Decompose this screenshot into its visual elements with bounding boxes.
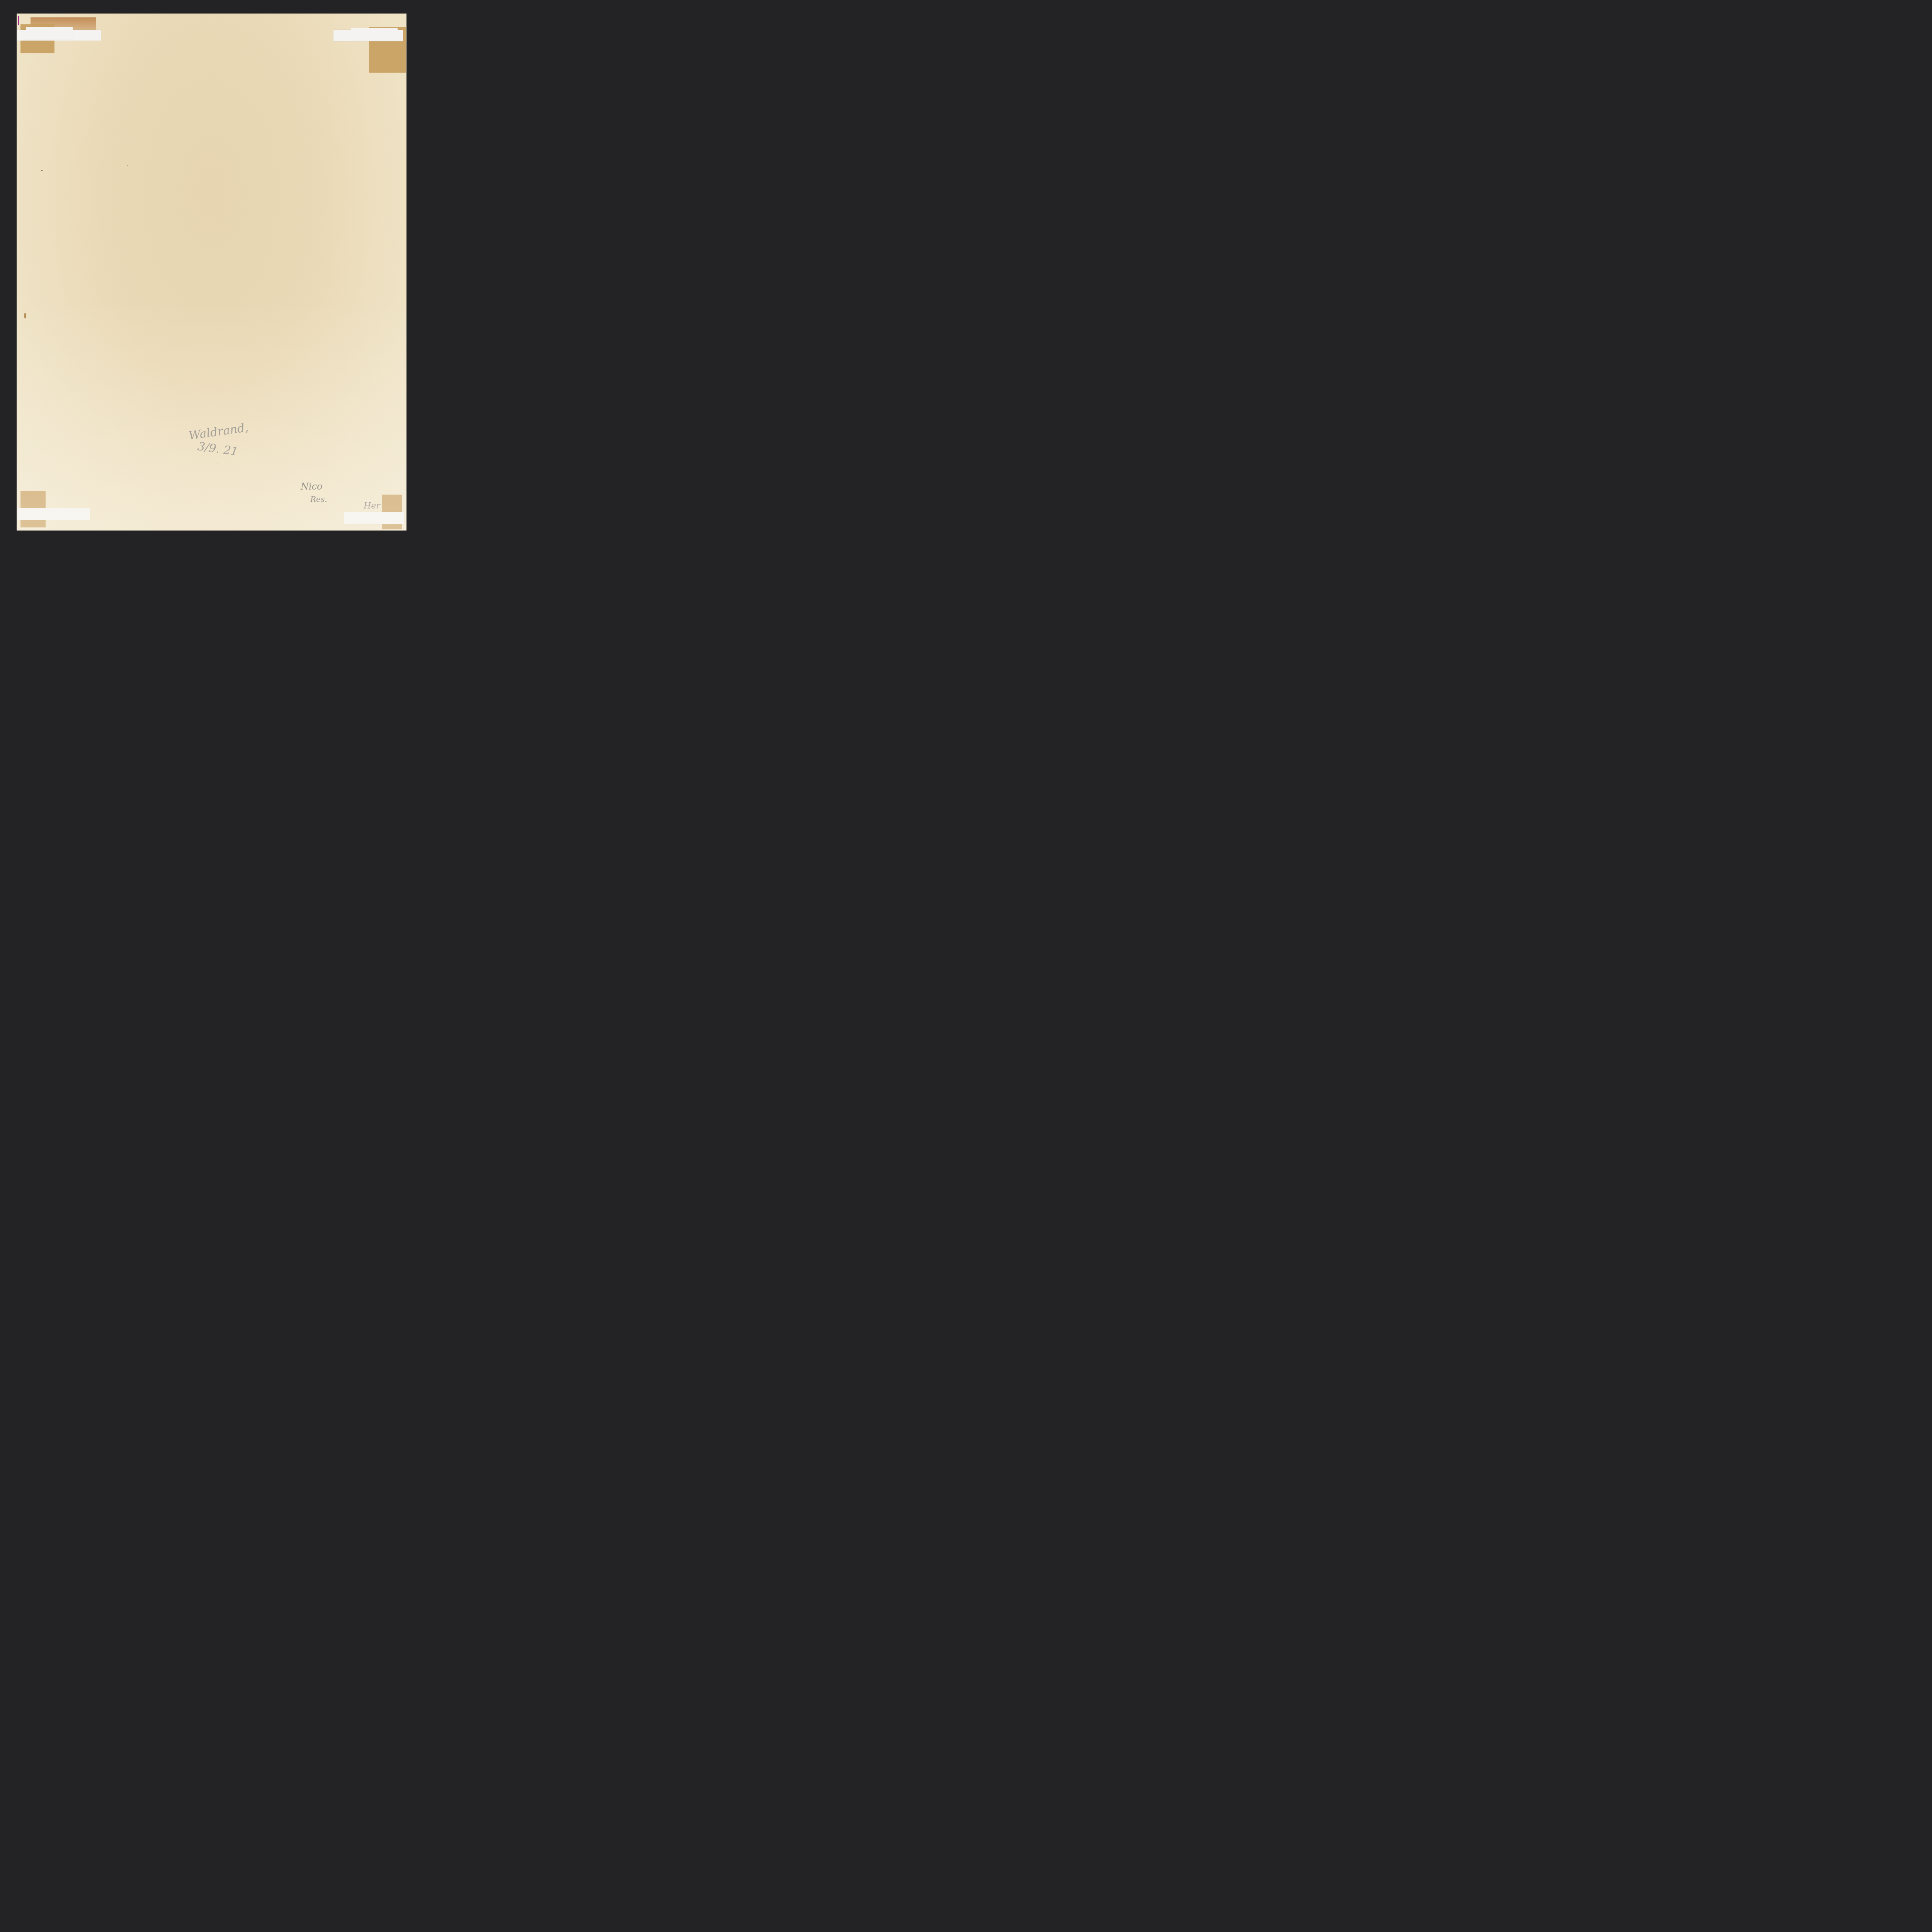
speck (128, 165, 128, 166)
inscription-note-line2: Res. (310, 495, 327, 504)
inscription-note-line1: Nico (301, 481, 323, 492)
pink-ink-specks: · · · · · (216, 462, 222, 473)
inscription-corner-partial: Her (364, 501, 380, 511)
tape-white-top-right-short (351, 28, 398, 41)
speck (24, 313, 26, 318)
tape-white-bottom-right (344, 512, 404, 524)
inscription-title: Waldrand, (188, 421, 249, 442)
pink-ink-mark (18, 16, 19, 25)
tape-white-bottom-left (17, 508, 90, 520)
inscription-date: 3/9. 21 (197, 440, 239, 459)
tape-white-top-left-short (26, 27, 73, 39)
speck (41, 170, 43, 171)
paper-sheet: Waldrand, 3/9. 21 · · · · · Nico Res. He… (17, 14, 406, 531)
